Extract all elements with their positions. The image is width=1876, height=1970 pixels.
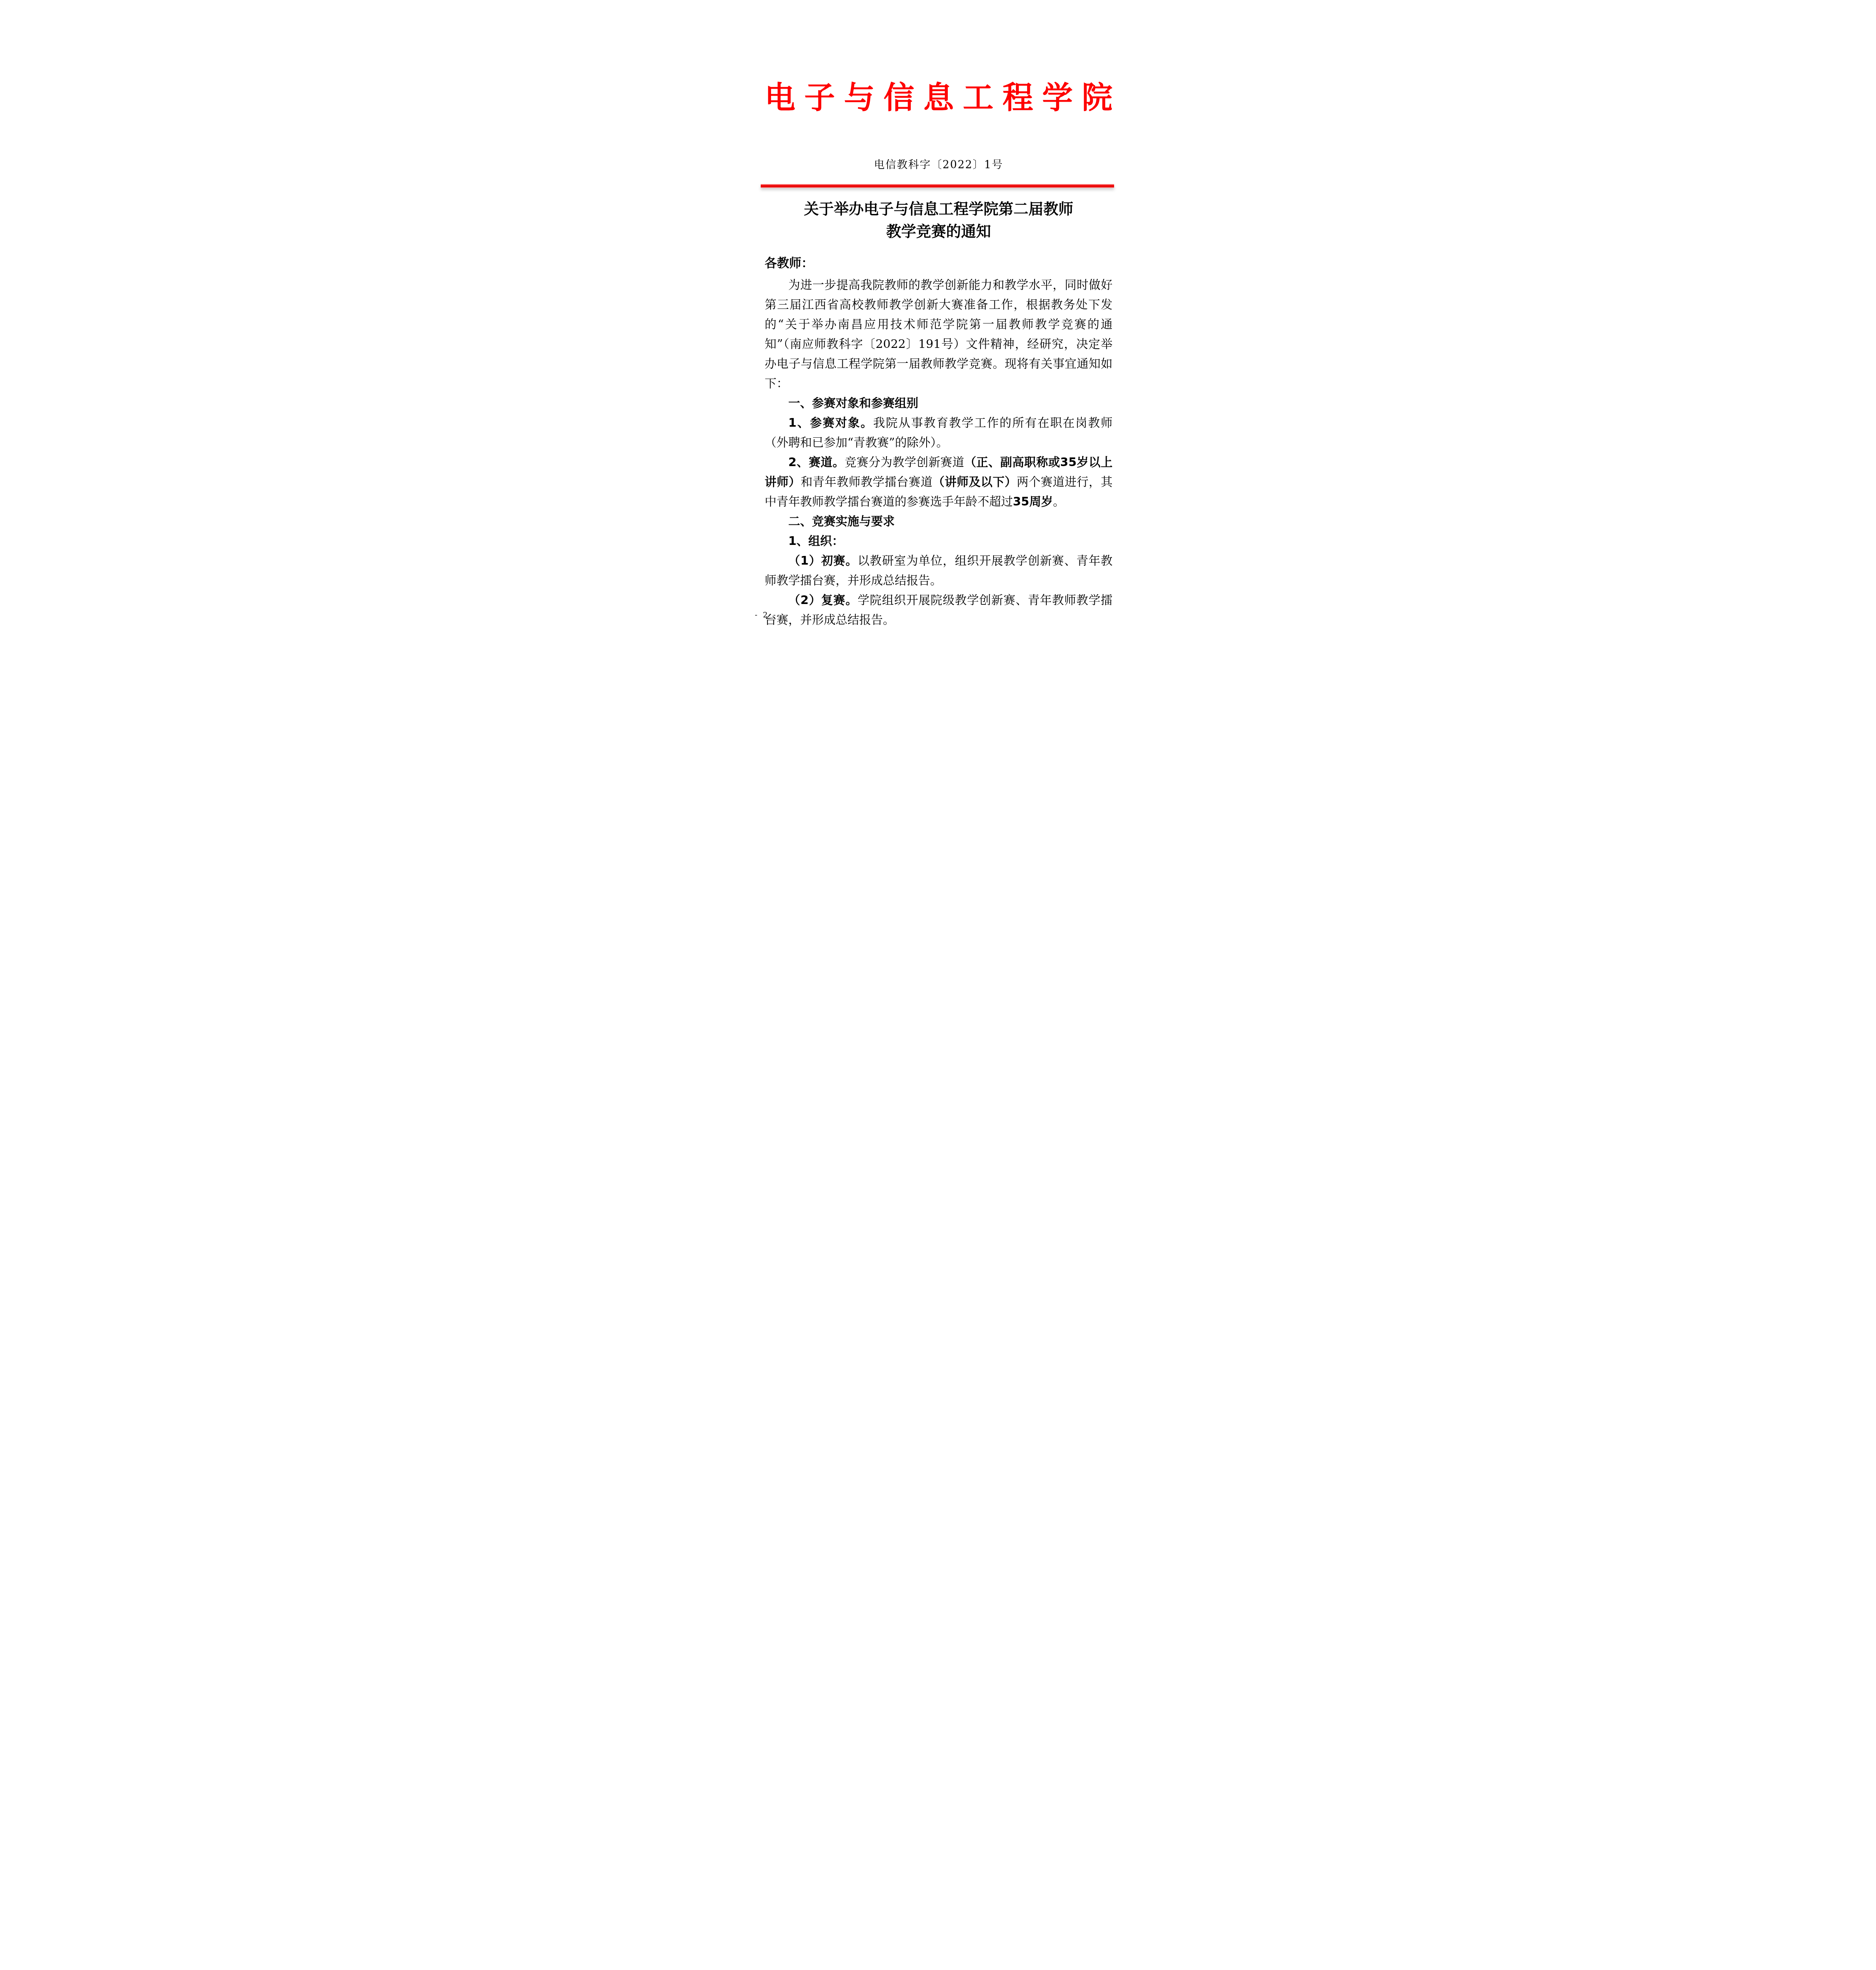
document-content: 电子与信息工程学院 电信教科字〔2022〕1号 关于举办电子与信息工程学院第二届… xyxy=(704,79,1172,630)
section-heading: 二、竞赛实施与要求 xyxy=(765,512,1113,532)
body-paragraph: 1、参赛对象。我院从事教育教学工作的所有在职在岗教师（外聘和已参加“青教赛”的除… xyxy=(765,413,1113,453)
text-run: 为进一步提高我院教师的教学创新能力和教学水平，同时做好第三届江西省高校教师教学创… xyxy=(765,278,1113,390)
bold-text-run: 1、组织： xyxy=(788,534,844,548)
text-run: 竞赛分为教学创新赛道 xyxy=(845,455,964,469)
salutation: 各教师： xyxy=(765,253,1113,273)
document-page: 电子与信息工程学院 电信教科字〔2022〕1号 关于举办电子与信息工程学院第二届… xyxy=(704,0,1172,663)
body-paragraph: （1）初赛。以教研室为单位，组织开展教学创新赛、青年教师教学擂台赛，并形成总结报… xyxy=(765,551,1113,591)
bold-text-run: 2、赛道。 xyxy=(788,455,845,469)
text-run: 。 xyxy=(1053,495,1065,509)
bold-text-run: （讲师及以下） xyxy=(933,475,1017,489)
text-run: 和青年教师教学擂台赛道 xyxy=(801,475,932,489)
body-paragraph: （2）复赛。学院组织开展院级教学创新赛、青年教师教学擂台赛，并形成总结报告。 xyxy=(765,591,1113,630)
footer-page-number: - 2 - xyxy=(755,611,777,619)
section-heading: 一、参赛对象和参赛组别 xyxy=(765,394,1113,413)
bold-text-run: 1、参赛对象。 xyxy=(788,416,873,430)
notice-title: 关于举办电子与信息工程学院第二届教师 教学竞赛的通知 xyxy=(765,197,1113,242)
body-paragraph: 为进一步提高我院教师的教学创新能力和教学水平，同时做好第三届江西省高校教师教学创… xyxy=(765,275,1113,394)
body-paragraph: 2、赛道。竞赛分为教学创新赛道（正、副高职称或35岁以上讲师）和青年教师教学擂台… xyxy=(765,453,1113,512)
letterhead-org-title: 电子与信息工程学院 xyxy=(765,79,1113,117)
bold-text-run: 一、参赛对象和参赛组别 xyxy=(788,396,918,410)
notice-title-line-1: 关于举办电子与信息工程学院第二届教师 xyxy=(765,197,1113,220)
bold-text-run: 二、竞赛实施与要求 xyxy=(788,515,895,528)
bold-text-run: 35周岁 xyxy=(1013,495,1053,509)
section-heading: 1、组织： xyxy=(765,532,1113,551)
bold-text-run: （2）复赛。 xyxy=(788,593,858,607)
red-divider-line xyxy=(761,184,1114,188)
notice-title-line-2: 教学竞赛的通知 xyxy=(765,220,1113,242)
bold-text-run: （1）初赛。 xyxy=(788,554,858,568)
document-body: 为进一步提高我院教师的教学创新能力和教学水平，同时做好第三届江西省高校教师教学创… xyxy=(765,275,1113,630)
document-number: 电信教科字〔2022〕1号 xyxy=(765,158,1113,173)
